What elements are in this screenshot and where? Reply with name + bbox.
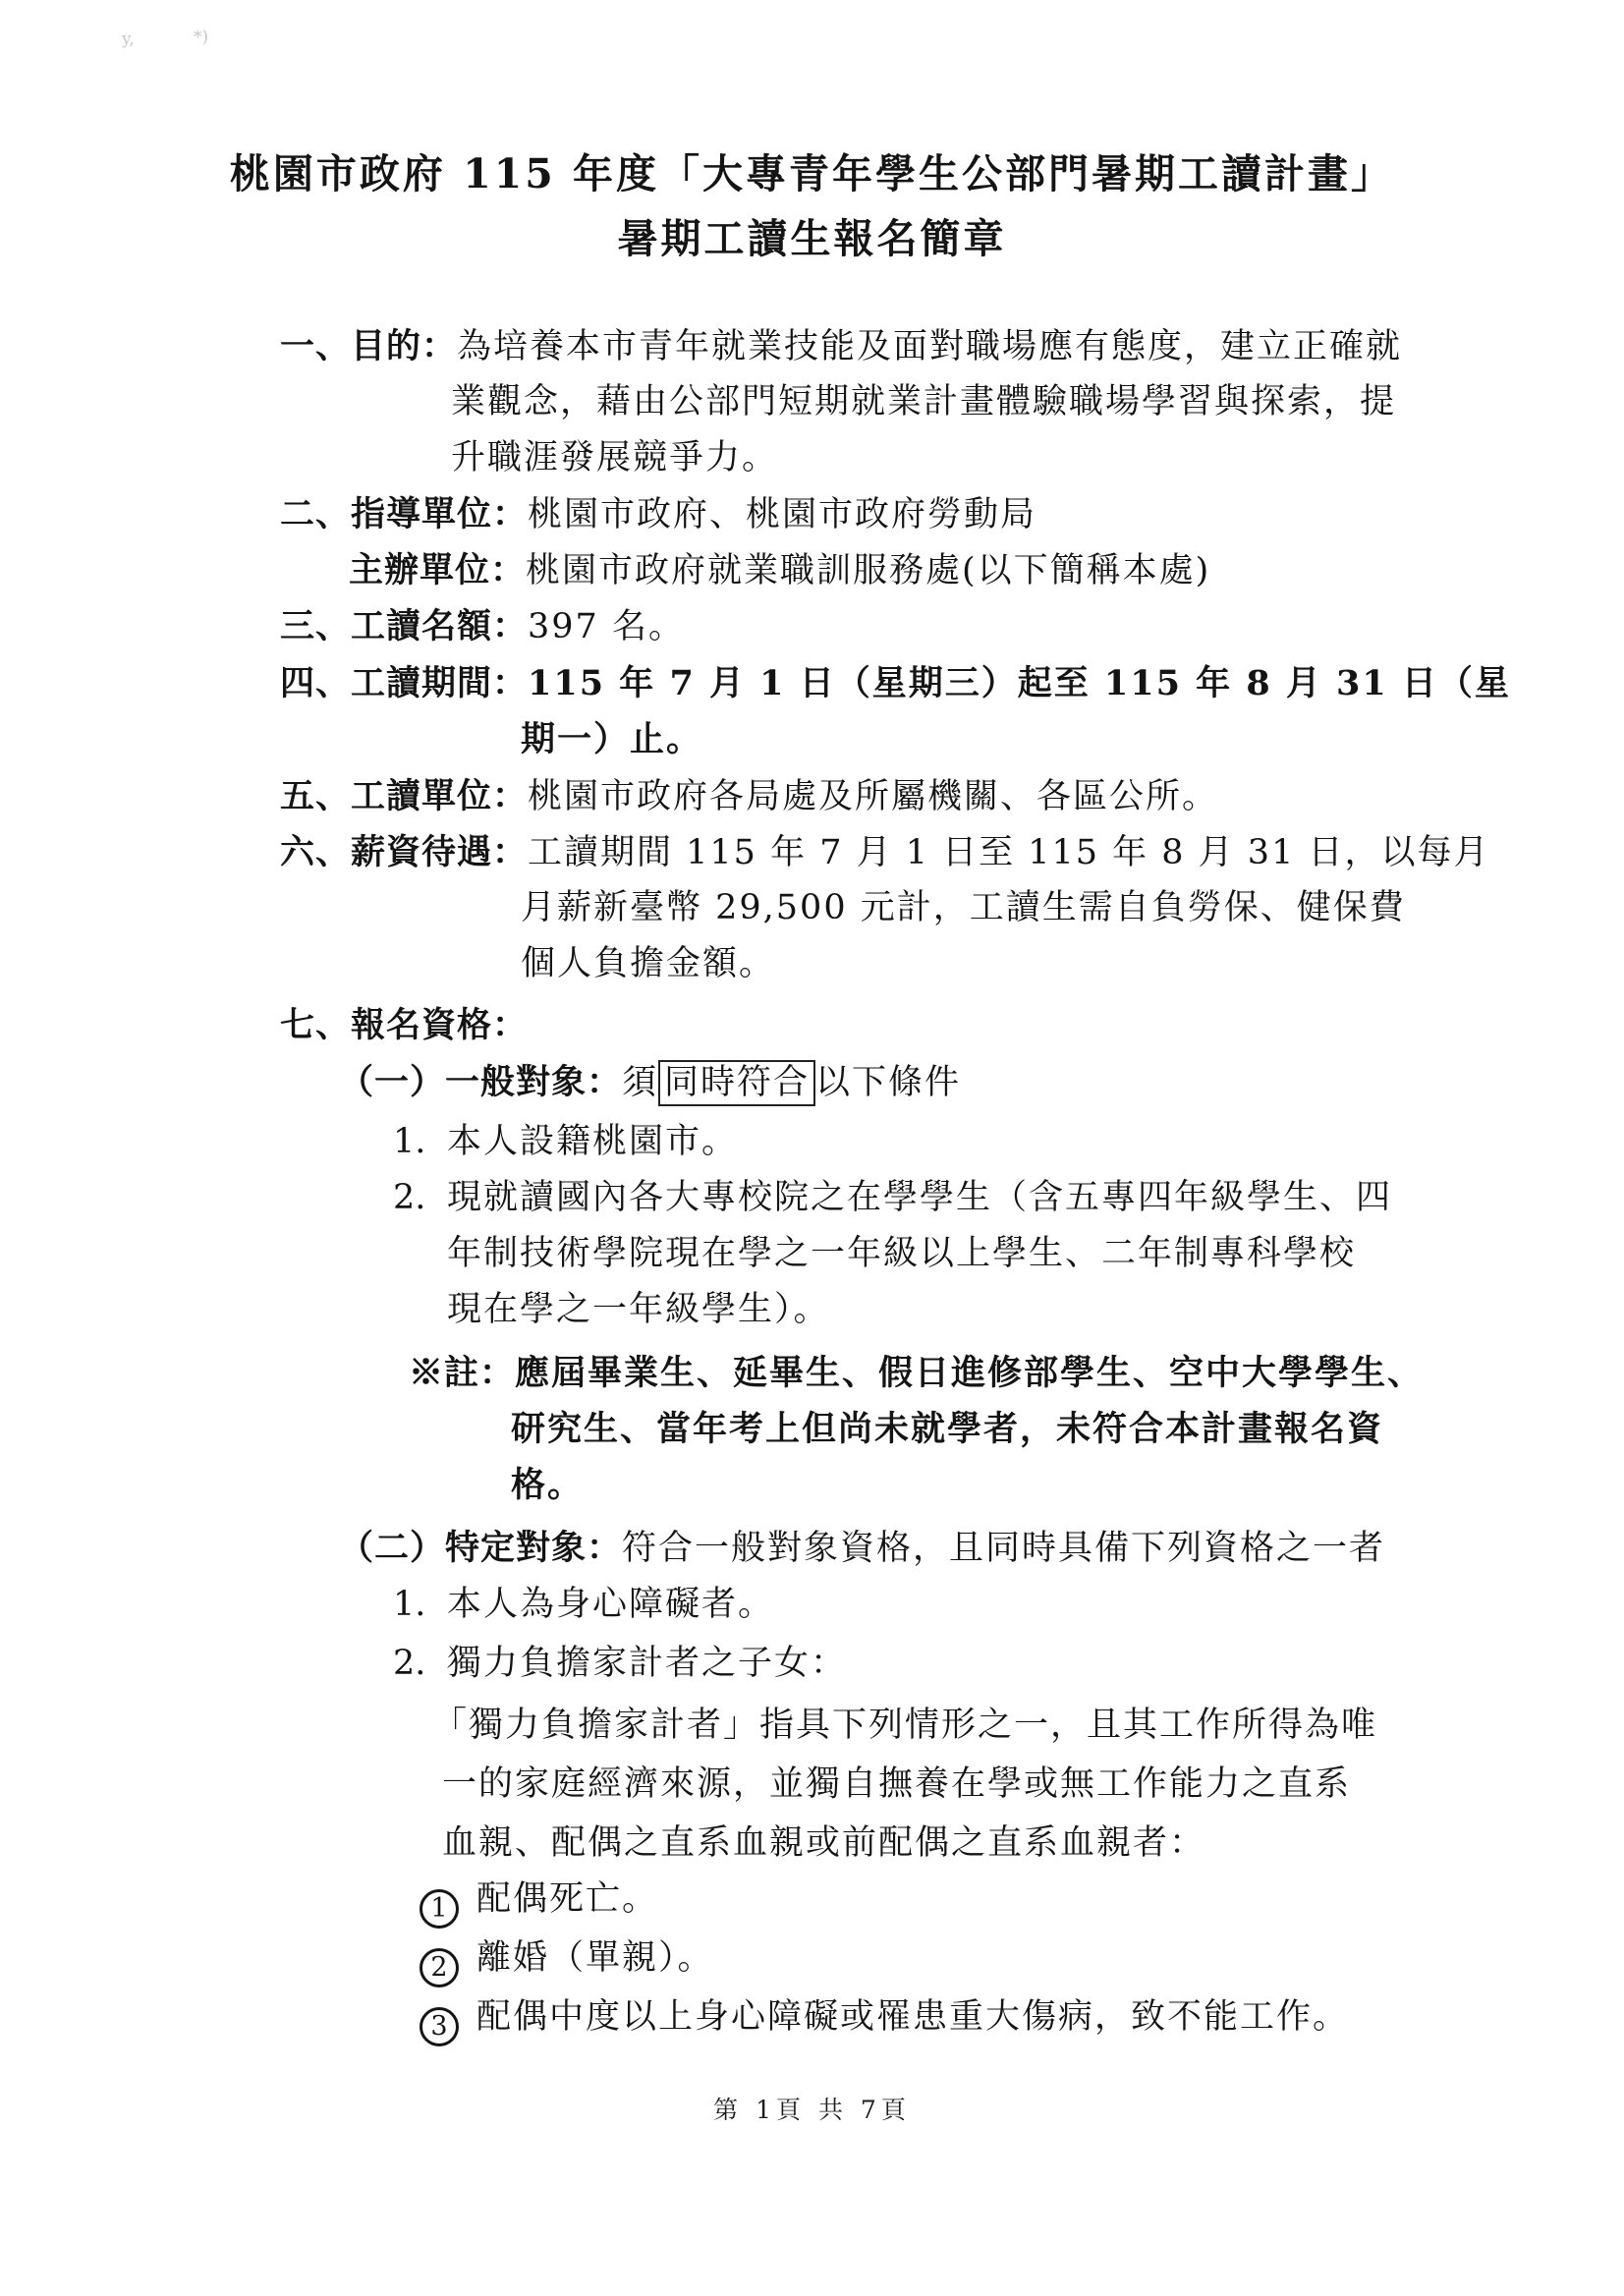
general-target-heading: （一）一般對象：須同時符合以下條件 bbox=[339, 1061, 961, 1105]
general-target-suffix: 以下條件 bbox=[815, 1063, 961, 1102]
scan-artifact-mark: y, bbox=[122, 29, 135, 49]
guidance-value: 桃園市政府、桃園市政府勞動局 bbox=[528, 495, 1036, 534]
section-salary-line3: 個人負擔金額。 bbox=[521, 943, 775, 986]
specific-item-2-text: 獨力負擔家計者之子女： bbox=[447, 1644, 847, 1683]
units-label: 五、工讀單位： bbox=[280, 776, 528, 816]
specific-item-1: 1.本人為身心障礙者。 bbox=[393, 1584, 774, 1627]
case-1: 1配偶死亡。 bbox=[420, 1878, 658, 1929]
salary-label: 六、薪資待遇： bbox=[280, 832, 528, 872]
general-item-1: 1.本人設籍桃園市。 bbox=[393, 1121, 738, 1164]
general-item-2-line2: 年制技術學院現在學之一年級以上學生、二年制專科學校 bbox=[447, 1233, 1356, 1276]
section-purpose-line3: 升職涯發展競爭力。 bbox=[451, 437, 778, 480]
purpose-text-line1: 為培養本市青年就業技能及面對職場應有態度，建立正確就 bbox=[457, 327, 1402, 366]
specific-item-2-number: 2. bbox=[393, 1643, 447, 1686]
general-item-2-text-line1: 現就讀國內各大專校院之在學學生（含五專四年級學生、四 bbox=[447, 1178, 1392, 1217]
section-guidance: 二、指導單位：桃園市政府、桃園市政府勞動局 bbox=[280, 493, 1036, 537]
section-eligibility-label: 七、報名資格： bbox=[280, 1004, 528, 1047]
scan-artifact-mark: *) bbox=[194, 28, 208, 47]
general-item-1-text: 本人設籍桃園市。 bbox=[447, 1122, 738, 1161]
circled-number-1-icon: 1 bbox=[420, 1889, 459, 1929]
units-value: 桃園市政府各局處及所屬機關、各區公所。 bbox=[528, 777, 1218, 816]
section-organizer: 主辦單位：桃園市政府就業職訓服務處(以下簡稱本處) bbox=[349, 549, 1210, 593]
organizer-value: 桃園市政府就業職訓服務處(以下簡稱本處) bbox=[526, 551, 1210, 590]
section-period-line2: 期一）止。 bbox=[521, 718, 702, 761]
general-target-prefix: 須 bbox=[622, 1063, 658, 1102]
definition-line1: 「獨力負擔家計者」指具下列情形之一，且其工作所得為唯 bbox=[432, 1705, 1377, 1748]
document-page: y, *) 桃園市政府 115 年度「大專青年學生公部門暑期工讀計畫」 暑期工讀… bbox=[0, 0, 1624, 2296]
case-3: 3配偶中度以上身心障礙或罹患重大傷病，致不能工作。 bbox=[420, 1996, 1349, 2046]
note-line2: 研究生、當年考上但尚未就學者，未符合本計畫報名資 bbox=[511, 1408, 1383, 1451]
specific-item-2: 2.獨力負擔家計者之子女： bbox=[393, 1643, 847, 1686]
specific-item-1-number: 1. bbox=[393, 1584, 447, 1627]
quota-label: 三、工讀名額： bbox=[280, 606, 528, 646]
section-quota: 三、工讀名額：397 名。 bbox=[280, 605, 685, 649]
general-item-1-number: 1. bbox=[393, 1121, 447, 1164]
period-label: 四、工讀期間： bbox=[280, 663, 528, 703]
circled-number-3-icon: 3 bbox=[420, 2007, 459, 2046]
section-period-line1: 四、工讀期間：115 年 7 月 1 日（星期三）起至 115 年 8 月 31… bbox=[280, 662, 1511, 706]
note-label: ※註： bbox=[409, 1353, 515, 1393]
section-purpose-line2: 業觀念，藉由公部門短期就業計畫體驗職場學習與探索，提 bbox=[451, 381, 1396, 424]
definition-line3: 血親、配偶之直系血親或前配偶之直系血親者： bbox=[442, 1822, 1205, 1866]
general-item-2-line1: 2.現就讀國內各大專校院之在學學生（含五專四年級學生、四 bbox=[393, 1177, 1392, 1220]
case-1-text: 配偶死亡。 bbox=[476, 1879, 658, 1919]
specific-target-heading: （二）特定對象：符合一般對象資格，且同時具備下列資格之一者 bbox=[339, 1527, 1385, 1571]
section-salary-line2: 月薪新臺幣 29,500 元計，工讀生需自負勞保、健保費 bbox=[521, 887, 1406, 930]
note-text-line1: 應屆畢業生、延畢生、假日進修部學生、空中大學學生、 bbox=[515, 1353, 1424, 1393]
document-title-line2: 暑期工讀生報名簡章 bbox=[0, 206, 1624, 264]
case-2: 2離婚（單親）。 bbox=[420, 1937, 714, 1988]
general-item-2-number: 2. bbox=[393, 1177, 447, 1220]
quota-value: 397 名。 bbox=[528, 607, 685, 646]
general-target-boxed-text: 同時符合 bbox=[658, 1060, 815, 1106]
organizer-label: 主辦單位： bbox=[349, 550, 526, 590]
page-number-footer: 第 1頁 共 7頁 bbox=[0, 2091, 1624, 2126]
salary-text-line1: 工讀期間 115 年 7 月 1 日至 115 年 8 月 31 日，以每月 bbox=[528, 833, 1489, 872]
specific-target-value: 符合一般對象資格，且同時具備下列資格之一者 bbox=[622, 1529, 1385, 1568]
guidance-label: 二、指導單位： bbox=[280, 494, 528, 534]
note-line1: ※註：應屆畢業生、延畢生、假日進修部學生、空中大學學生、 bbox=[409, 1352, 1424, 1396]
case-3-text: 配偶中度以上身心障礙或罹患重大傷病，致不能工作。 bbox=[476, 1997, 1349, 2037]
specific-target-label: （二）特定對象： bbox=[339, 1528, 622, 1568]
document-title-line1: 桃園市政府 115 年度「大專青年學生公部門暑期工讀計畫」 bbox=[0, 141, 1624, 199]
circled-number-2-icon: 2 bbox=[420, 1948, 459, 1988]
definition-line2: 一的家庭經濟來源，並獨自撫養在學或無工作能力之直系 bbox=[442, 1764, 1351, 1807]
note-line3: 格。 bbox=[511, 1464, 584, 1507]
period-text-line1: 115 年 7 月 1 日（星期三）起至 115 年 8 月 31 日（星 bbox=[528, 663, 1511, 703]
general-target-label: （一）一般對象： bbox=[339, 1062, 622, 1102]
section-units: 五、工讀單位：桃園市政府各局處及所屬機關、各區公所。 bbox=[280, 775, 1218, 819]
purpose-label: 一、目的： bbox=[280, 326, 457, 366]
section-salary-line1: 六、薪資待遇：工讀期間 115 年 7 月 1 日至 115 年 8 月 31 … bbox=[280, 831, 1489, 875]
case-2-text: 離婚（單親）。 bbox=[476, 1938, 714, 1978]
section-purpose-line1: 一、目的：為培養本市青年就業技能及面對職場應有態度，建立正確就 bbox=[280, 325, 1402, 369]
specific-item-1-text: 本人為身心障礙者。 bbox=[447, 1585, 774, 1624]
general-item-2-line3: 現在學之一年級學生）。 bbox=[447, 1289, 830, 1332]
